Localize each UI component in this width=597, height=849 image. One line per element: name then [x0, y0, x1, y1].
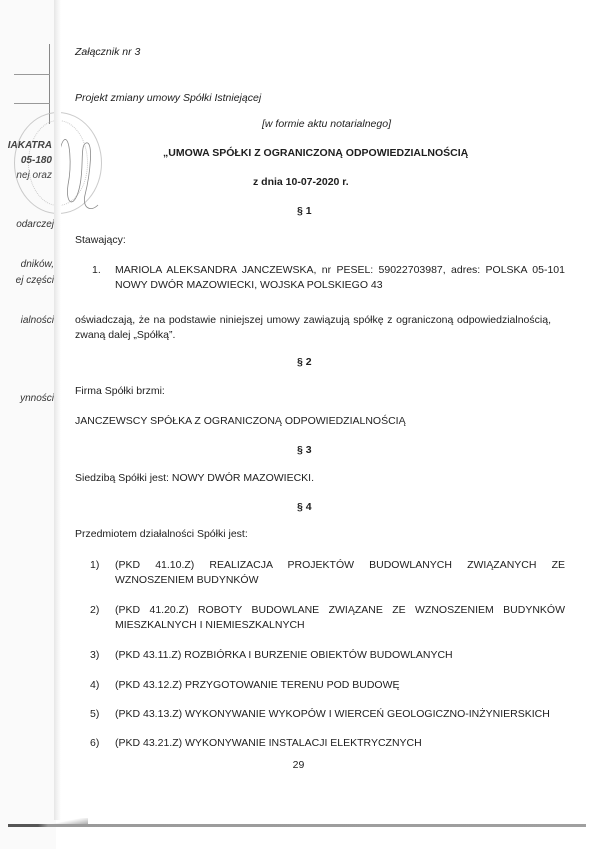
- activity-text: (PKD 41.10.Z) REALIZACJA PROJEKTÓW BUDOW…: [115, 558, 565, 588]
- stamp-text: IAKATRA: [0, 140, 52, 151]
- registered-office: Siedzibą Spółki jest: NOWY DWÓR MAZOWIEC…: [75, 471, 314, 486]
- activity-text: (PKD 41.20.Z) ROBOTY BUDOWLANE ZWIĄZANE …: [115, 603, 565, 633]
- activity-text: (PKD 43.11.Z) ROZBIÓRKA I BURZENIE OBIEK…: [115, 648, 565, 663]
- activity-number: 3): [90, 648, 110, 663]
- section-intro: Stawający:: [75, 233, 126, 248]
- page-edge-shadow: [8, 824, 586, 827]
- company-name: JANCZEWSCY SPÓŁKA Z OGRANICZONĄ ODPOWIED…: [75, 414, 406, 429]
- activity-number: 6): [90, 736, 110, 751]
- margin-fragment-text: odarczej: [0, 219, 54, 230]
- activity-number: 4): [90, 678, 110, 693]
- section-heading: § 2: [297, 355, 312, 370]
- form-note: [w formie aktu notarialnego]: [262, 117, 391, 132]
- margin-fragment-text: ej części: [0, 275, 54, 286]
- activity-text: (PKD 43.12.Z) PRZYGOTOWANIE TERENU POD B…: [115, 678, 565, 693]
- activity-text: (PKD 43.21.Z) WYKONYWANIE INSTALACJI ELE…: [115, 736, 565, 751]
- section-intro: Firma Spółki brzmi:: [75, 384, 165, 399]
- project-label: Projekt zmiany umowy Spółki Istniejącej: [75, 91, 261, 106]
- party-number: 1.: [92, 263, 112, 278]
- margin-fragment-text: ynności: [0, 393, 54, 404]
- section-intro: Przedmiotem działalności Spółki jest:: [75, 527, 248, 542]
- section-heading: § 3: [297, 443, 312, 458]
- section-heading: § 4: [297, 500, 312, 515]
- activity-number: 2): [90, 603, 110, 618]
- underlying-table-line: [14, 74, 50, 75]
- page-number: 29: [0, 759, 597, 771]
- margin-fragment-text: dników,: [0, 259, 54, 270]
- stamp-text: nej oraz: [0, 170, 52, 181]
- party-text: MARIOLA ALEKSANDRA JANCZEWSKA, nr PESEL:…: [115, 263, 565, 293]
- activity-number: 5): [90, 707, 110, 722]
- attachment-label: Załącznik nr 3: [75, 45, 140, 60]
- section-heading: § 1: [297, 204, 312, 219]
- margin-fragment-text: ialności: [0, 315, 54, 326]
- activity-number: 1): [90, 558, 110, 573]
- declaration-text: oświadczają, że na podstawie niniejszej …: [75, 313, 551, 343]
- activity-text: (PKD 43.13.Z) WYKONYWANIE WYKOPÓW I WIER…: [115, 707, 565, 722]
- page-fold-shadow: [54, 0, 61, 820]
- document-title: „UMOWA SPÓŁKI Z OGRANICZONĄ ODPOWIEDZIAL…: [163, 146, 468, 161]
- stamp-text: 05-180: [0, 155, 52, 166]
- document-date: z dnia 10-07-2020 r.: [253, 175, 349, 190]
- underlying-table-line: [14, 103, 50, 104]
